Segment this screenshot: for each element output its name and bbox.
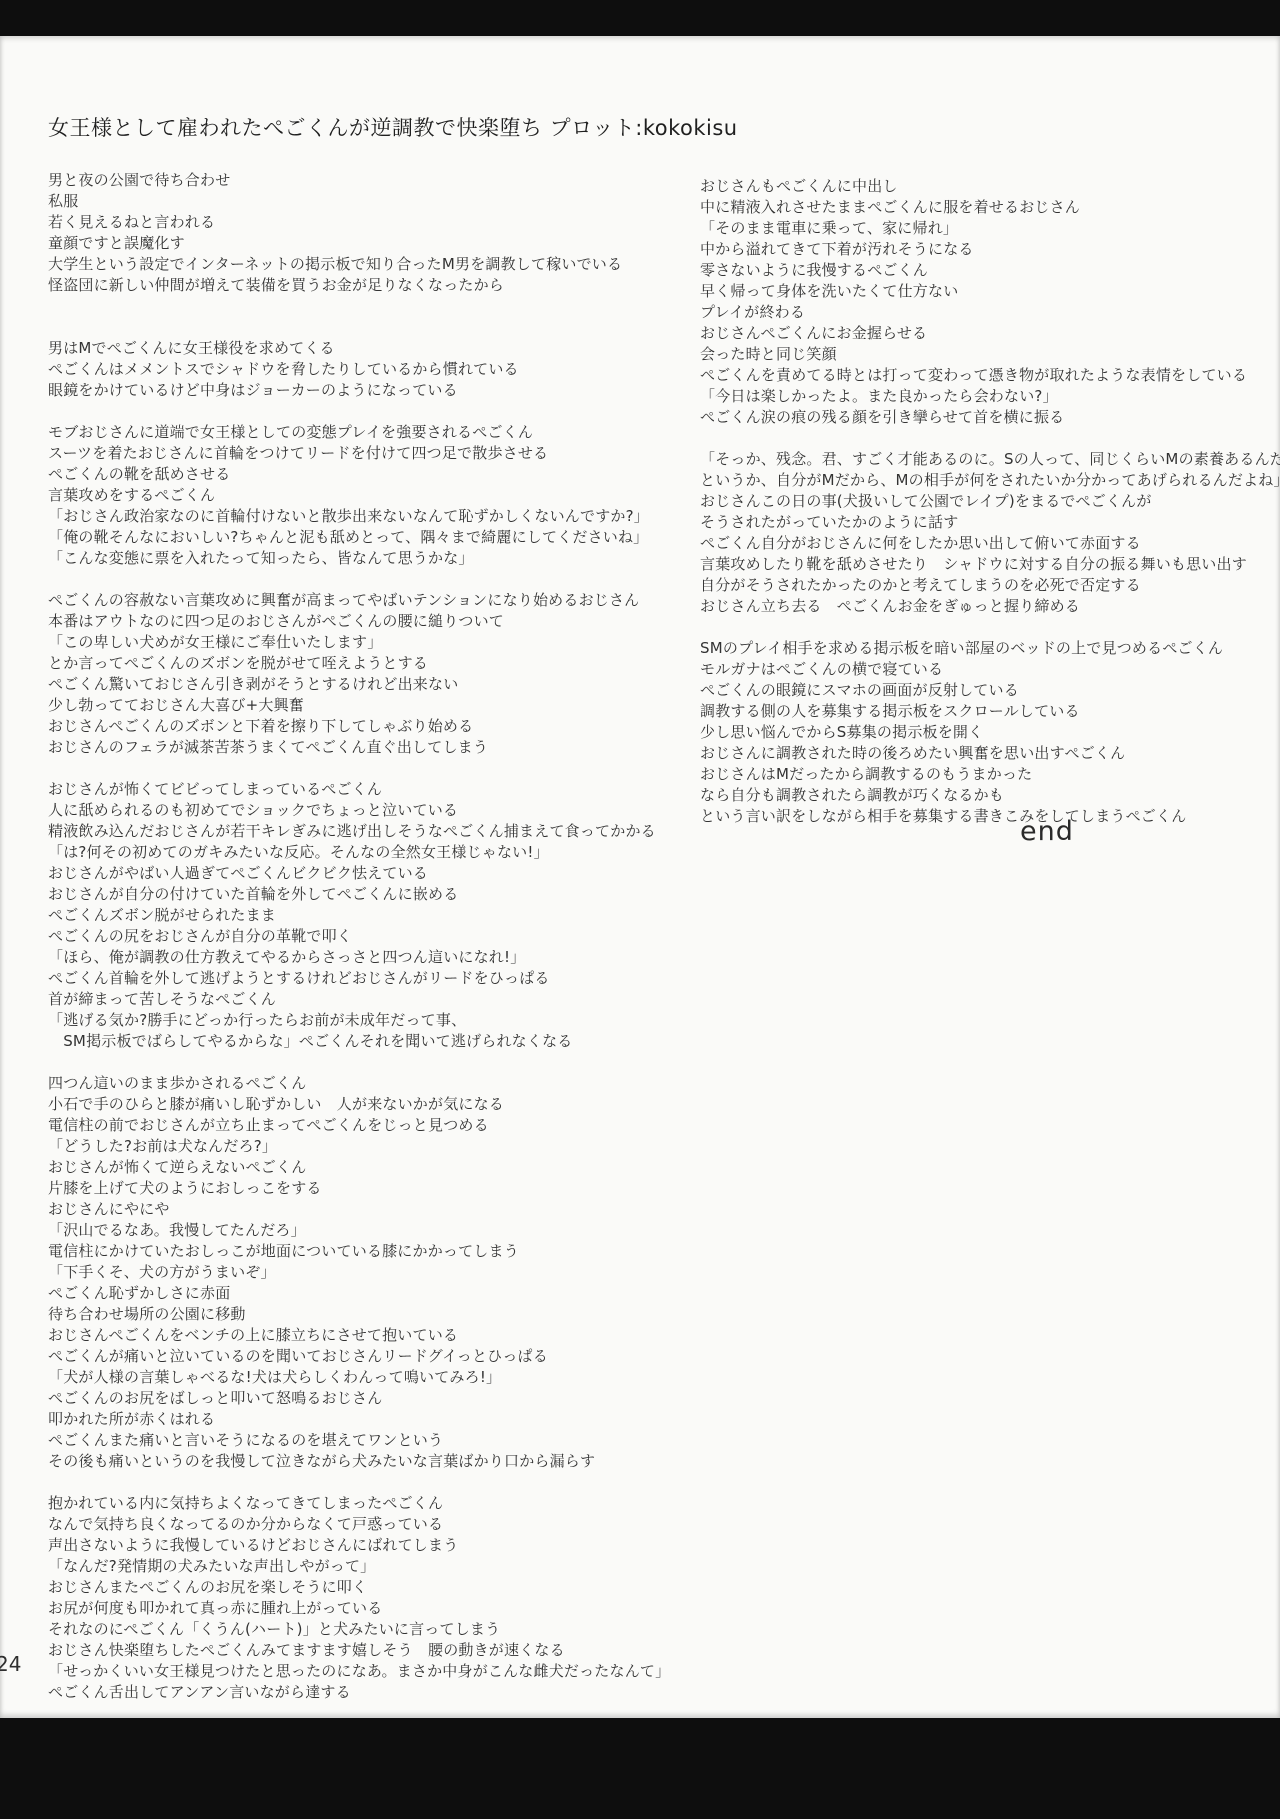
text-line: 「ほら、俺が調教の仕方教えてやるからさっさと四つん這いになれ!」 <box>48 947 648 968</box>
text-line: おじさんが怖くて逆らえないぺごくん <box>48 1157 648 1178</box>
text-line: 怪盗団に新しい仲間が増えて装備を買うお金が足りなくなったから <box>48 275 648 296</box>
text-line <box>48 296 648 317</box>
text-line: 精液飲み込んだおじさんが若干キレぎみに逃げ出しそうなぺごくん捕まえて食ってかかる <box>48 821 648 842</box>
text-line: ぺごくんを責めてる時とは打って変わって憑き物が取れたような表情をしている <box>700 365 1280 386</box>
text-line: おじさんがやばい人過ぎてぺごくんビクビク怯えている <box>48 863 648 884</box>
text-line: おじさんぺごくんをベンチの上に膝立ちにさせて抱いている <box>48 1325 648 1346</box>
text-line: なんで気持ち良くなってるのか分からなくて戸惑っている <box>48 1514 648 1535</box>
text-line <box>48 569 648 590</box>
scanned-document: { "page": { "title": "女王様として雇われたぺごくんが逆調教… <box>0 0 1280 1819</box>
text-line: 男はMでぺごくんに女王様役を求めてくる <box>48 338 648 359</box>
text-line: ぺごくんズボン脱がせられたまま <box>48 905 648 926</box>
text-line: 叩かれた所が赤くはれる <box>48 1409 648 1430</box>
text-line: スーツを着たおじさんに首輪をつけてリードを付けて四つ足で散歩させる <box>48 443 648 464</box>
text-line: 大学生という設定でインターネットの掲示板で知り合ったM男を調教して稼いでいる <box>48 254 648 275</box>
text-line: 「なんだ?発情期の犬みたいな声出しやがって」 <box>48 1556 648 1577</box>
text-line: 中に精液入れさせたままぺごくんに服を着せるおじさん <box>700 197 1280 218</box>
page-title: 女王様として雇われたぺごくんが逆調教で快楽堕ち プロット:kokokisu <box>48 112 738 142</box>
text-line: 少し思い悩んでからS募集の掲示板を開く <box>700 722 1280 743</box>
text-line: それなのにぺごくん「くうん(ハート)」と犬みたいに言ってしまう <box>48 1619 648 1640</box>
text-line: おじさんぺごくんにお金握らせる <box>700 323 1280 344</box>
text-line: おじさんにやにや <box>48 1199 648 1220</box>
text-line <box>700 428 1280 449</box>
text-line: 眼鏡をかけているけど中身はジョーカーのようになっている <box>48 380 648 401</box>
text-line: 電信柱の前でおじさんが立ち止まってぺごくんをじっと見つめる <box>48 1115 648 1136</box>
text-line: 「せっかくいい女王様見つけたと思ったのになあ。まさか中身がこんな雌犬だったなんて… <box>48 1661 648 1682</box>
text-line: お尻が何度も叩かれて真っ赤に腫れ上がっている <box>48 1598 648 1619</box>
text-line: 零さないように我慢するぺごくん <box>700 260 1280 281</box>
text-line: ぺごくん恥ずかしさに赤面 <box>48 1283 648 1304</box>
end-label: end <box>1020 816 1074 847</box>
text-line: 調教する側の人を募集する掲示板をスクロールしている <box>700 701 1280 722</box>
text-line: ぺごくんはメメントスでシャドウを脅したりしているから慣れている <box>48 359 648 380</box>
text-line: SMのプレイ相手を求める掲示板を暗い部屋のベッドの上で見つめるぺごくん <box>700 638 1280 659</box>
text-line: 「今日は楽しかったよ。また良かったら会わない?」 <box>700 386 1280 407</box>
text-line: そうされたがっていたかのように話す <box>700 512 1280 533</box>
text-line: ぺごくん涙の痕の残る顔を引き攣らせて首を横に振る <box>700 407 1280 428</box>
text-line: 「逃げる気か?勝手にどっか行ったらお前が未成年だって事、 <box>48 1010 648 1031</box>
text-line <box>700 617 1280 638</box>
text-line: 私服 <box>48 191 648 212</box>
text-line: おじさんまたぺごくんのお尻を楽しそうに叩く <box>48 1577 648 1598</box>
text-line: おじさんのフェラが滅茶苦茶うまくてぺごくん直ぐ出してしまう <box>48 737 648 758</box>
text-line: 自分がそうされたかったのかと考えてしまうのを必死で否定する <box>700 575 1280 596</box>
text-line: おじさんこの日の事(犬扱いして公園でレイプ)をまるでぺごくんが <box>700 491 1280 512</box>
right-text-column: おじさんもぺごくんに中出し中に精液入れさせたままぺごくんに服を着せるおじさん「そ… <box>700 176 1280 827</box>
text-line: 「俺の靴そんなにおいしい?ちゃんと泥も舐めとって、隅々まで綺麗にしてくださいね」 <box>48 527 648 548</box>
text-line <box>48 401 648 422</box>
text-line: SM掲示板でばらしてやるからな」ぺごくんそれを聞いて逃げられなくなる <box>48 1031 648 1052</box>
text-line: 小石で手のひらと膝が痛いし恥ずかしい 人が来ないかが気になる <box>48 1094 648 1115</box>
text-line: ぺごくんの容赦ない言葉攻めに興奮が高まってやばいテンションになり始めるおじさん <box>48 590 648 611</box>
left-text-column: 男と夜の公園で待ち合わせ私服若く見えるねと言われる童顔ですと誤魔化す大学生という… <box>48 170 648 1703</box>
text-line: プレイが終わる <box>700 302 1280 323</box>
text-line: 言葉攻めしたり靴を舐めさせたり シャドウに対する自分の振る舞いも思い出す <box>700 554 1280 575</box>
text-line: 少し勃ってておじさん大喜び+大興奮 <box>48 695 648 716</box>
text-line: 若く見えるねと言われる <box>48 212 648 233</box>
text-line: ぺごくんの靴を舐めさせる <box>48 464 648 485</box>
text-line: ぺごくん舌出してアンアン言いながら達する <box>48 1682 648 1703</box>
text-line: 「犬が人様の言葉しゃべるな!犬は犬らしくわんって鳴いてみろ!」 <box>48 1367 648 1388</box>
text-line: 抱かれている内に気持ちよくなってきてしまったぺごくん <box>48 1493 648 1514</box>
text-line: 男と夜の公園で待ち合わせ <box>48 170 648 191</box>
text-line <box>48 317 648 338</box>
text-line: おじさんぺごくんのズボンと下着を擦り下してしゃぶり始める <box>48 716 648 737</box>
text-line: という言い訳をしながら相手を募集する書きこみをしてしまうぺごくん <box>700 806 1280 827</box>
text-line: おじさんが怖くてビビってしまっているぺごくん <box>48 779 648 800</box>
text-line: その後も痛いというのを我慢して泣きながら犬みたいな言葉ばかり口から漏らす <box>48 1451 648 1472</box>
text-line: おじさんはMだったから調教するのもうまかった <box>700 764 1280 785</box>
text-line: モブおじさんに道端で女王様としての変態プレイを強要されるぺごくん <box>48 422 648 443</box>
text-line: というか、自分がMだから、Mの相手が何をされたいか分かってあげられるんだよね」 <box>700 470 1280 491</box>
text-line: 「沢山でるなあ。我慢してたんだろ」 <box>48 1220 648 1241</box>
text-line: おじさんに調教された時の後ろめたい興奮を思い出すぺごくん <box>700 743 1280 764</box>
text-line: 「おじさん政治家なのに首輪付けないと散歩出来ないなんて恥ずかしくないんですか?」 <box>48 506 648 527</box>
text-line: 四つん這いのまま歩かされるぺごくん <box>48 1073 648 1094</box>
text-line: 「この卑しい犬めが女王様にご奉仕いたします」 <box>48 632 648 653</box>
text-line: 「下手くそ、犬の方がうまいぞ」 <box>48 1262 648 1283</box>
text-line: 言葉攻めをするぺごくん <box>48 485 648 506</box>
text-line: 会った時と同じ笑顔 <box>700 344 1280 365</box>
text-line: 童顔ですと誤魔化す <box>48 233 648 254</box>
text-line <box>48 1052 648 1073</box>
text-line: おじさん快楽堕ちしたぺごくんみてますます嬉しそう 腰の動きが速くなる <box>48 1640 648 1661</box>
text-line: ぺごくん自分がおじさんに何をしたか思い出して俯いて赤面する <box>700 533 1280 554</box>
text-line: なら自分も調教されたら調教が巧くなるかも <box>700 785 1280 806</box>
text-line: ぺごくんの尻をおじさんが自分の革靴で叩く <box>48 926 648 947</box>
text-line: 「こんな変態に票を入れたって知ったら、皆なんて思うかな」 <box>48 548 648 569</box>
text-line: 「そっか、残念。君、すごく才能あるのに。Sの人って、同じくらいMの素養あるんだよ… <box>700 449 1280 470</box>
text-line: 電信柱にかけていたおしっこが地面についている膝にかかってしまう <box>48 1241 648 1262</box>
text-line: おじさんもぺごくんに中出し <box>700 176 1280 197</box>
text-line: 本番はアウトなのに四つ足のおじさんがぺごくんの腰に縋りついて <box>48 611 648 632</box>
text-line: おじさん立ち去る ぺごくんお金をぎゅっと握り締める <box>700 596 1280 617</box>
page-number: 24 <box>0 1652 21 1676</box>
text-line: ぺごくんのお尻をばしっと叩いて怒鳴るおじさん <box>48 1388 648 1409</box>
text-line: 待ち合わせ場所の公園に移動 <box>48 1304 648 1325</box>
text-line: 声出さないように我慢しているけどおじさんにばれてしまう <box>48 1535 648 1556</box>
text-line: 「そのまま電車に乗って、家に帰れ」 <box>700 218 1280 239</box>
text-line: ぺごくんが痛いと泣いているのを聞いておじさんリードグイっとひっぱる <box>48 1346 648 1367</box>
text-line: 人に舐められるのも初めてでショックでちょっと泣いている <box>48 800 648 821</box>
top-black-band <box>0 0 1280 36</box>
text-line: 首が締まって苦しそうなぺごくん <box>48 989 648 1010</box>
text-line: 「は?何その初めてのガキみたいな反応。そんなの全然女王様じゃない!」 <box>48 842 648 863</box>
text-line <box>48 758 648 779</box>
document-page: 女王様として雇われたぺごくんが逆調教で快楽堕ち プロット:kokokisu 男と… <box>0 36 1280 1718</box>
text-line: 中から溢れてきて下着が汚れそうになる <box>700 239 1280 260</box>
text-line: モルガナはぺごくんの横で寝ている <box>700 659 1280 680</box>
text-line: とか言ってぺごくんのズボンを脱がせて咥えようとする <box>48 653 648 674</box>
bottom-black-band <box>0 1718 1280 1819</box>
text-line: ぺごくんの眼鏡にスマホの画面が反射している <box>700 680 1280 701</box>
text-line: ぺごくん驚いておじさん引き剥がそうとするけれど出来ない <box>48 674 648 695</box>
text-line: ぺごくん首輪を外して逃げようとするけれどおじさんがリードをひっぱる <box>48 968 648 989</box>
text-line: 早く帰って身体を洗いたくて仕方ない <box>700 281 1280 302</box>
text-line: 「どうした?お前は犬なんだろ?」 <box>48 1136 648 1157</box>
text-line: 片膝を上げて犬のようにおしっこをする <box>48 1178 648 1199</box>
text-line <box>48 1472 648 1493</box>
text-line: ぺごくんまた痛いと言いそうになるのを堪えてワンという <box>48 1430 648 1451</box>
text-line: おじさんが自分の付けていた首輪を外してぺごくんに嵌める <box>48 884 648 905</box>
